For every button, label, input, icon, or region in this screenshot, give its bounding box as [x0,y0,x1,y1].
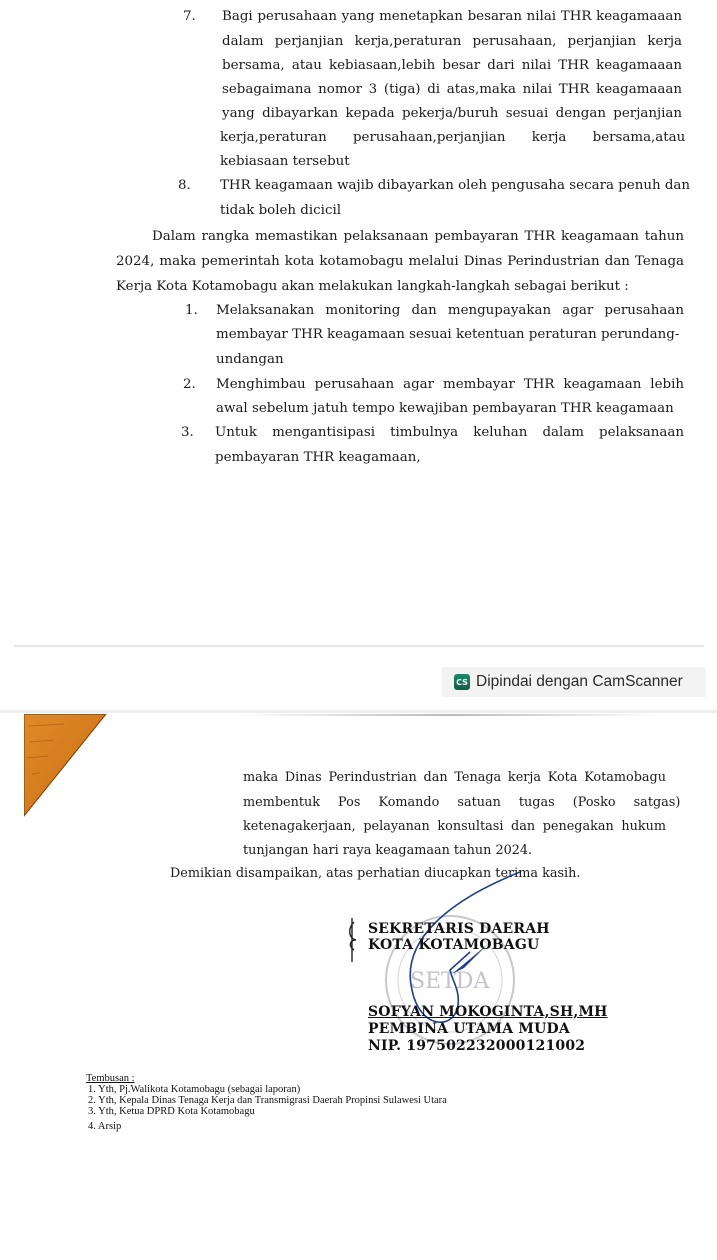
item7-line: sebagaimana nomor 3 (tiga) di atas,maka … [222,82,682,98]
step-number: 1. [185,303,198,319]
continuation-line: ketenagakerjaan, pelayanan konsultasi da… [243,819,666,835]
paragraph-line: Kerja Kota Kotamobagu akan melakukan lan… [116,279,629,295]
continuation-line: maka Dinas Perindustrian dan Tenaga kerj… [243,770,666,786]
step-line: membayar THR keagamaan sesuai ketentuan … [216,327,679,343]
signatory-nip: NIP. 197502232000121002 [368,1038,585,1054]
item7-line: kerja,peraturan perusahaan,perjanjian ke… [220,130,682,146]
step-number: 2. [183,377,196,393]
item8-line: THR keagamaan wajib dibayarkan oleh peng… [220,178,690,194]
step-line: pembayaran THR keagamaan, [215,450,421,466]
item-number: 7. [183,9,196,25]
cc-item: 2. Yth, Kepala Dinas Tenaga Kerja dan Tr… [88,1095,447,1106]
item8-line: tidak boleh dicicil [220,203,341,219]
continuation-line: tunjangan hari raya keagamaan tahun 2024… [243,843,532,859]
camscanner-logo-icon: CS [454,674,470,690]
step-line: undangan [216,352,284,368]
step-number: 3. [181,425,194,441]
item-number: 8. [178,178,191,194]
signatory-title: KOTA KOTAMOBAGU [368,937,539,953]
item7-line: dalam perjanjian kerja,peraturan perusah… [222,34,682,50]
step-line: Melaksanakan monitoring dan mengupayakan… [216,303,684,319]
item7-line: kebiasaan tersebut [220,154,350,170]
page-edge [14,645,704,647]
cc-item: 3. Yth, Ketua DPRD Kota Kotamobagu [88,1106,255,1117]
wood-table-corner [24,714,108,818]
page-shadow [240,714,660,716]
continuation-line: membentuk Pos Komando satuan tugas (Posk… [243,795,666,811]
cc-item: 4. Arsip [88,1121,121,1132]
cc-item: 1. Yth, Pj.Walikota Kotamobagu (sebagai … [88,1084,300,1095]
step-line: Untuk mengantisipasi timbulnya keluhan d… [215,425,684,441]
item7-line: yang dibayarkan kepada pekerja/buruh ses… [222,106,682,122]
signatory-name: SOFYAN MOKOGINTA,SH,MH [368,1004,608,1020]
document-page-1: 7. Bagi perusahaan yang menetapkan besar… [0,0,717,652]
paragraph-line: 2024, maka pemerintah kota kotamobagu me… [116,254,684,270]
item7-line: bersama, atau kebiasaan,lebih besar dari… [222,58,682,74]
camscanner-text: Dipindai dengan CamScanner [476,673,683,691]
step-line: awal sebelum jatuh tempo kewajiban pemba… [216,401,674,417]
signatory-rank: PEMBINA UTAMA MUDA [368,1021,570,1037]
camscanner-watermark: CS Dipindai dengan CamScanner [442,667,706,697]
cc-heading: Tembusan : [86,1073,135,1084]
signatory-title: SEKRETARIS DAERAH [368,921,550,937]
item7-line: Bagi perusahaan yang menetapkan besaran … [222,9,682,25]
paragraph-line: Dalam rangka memastikan pelaksanaan pemb… [152,229,684,245]
step-line: Menghimbau perusahaan agar membayar THR … [216,377,684,393]
